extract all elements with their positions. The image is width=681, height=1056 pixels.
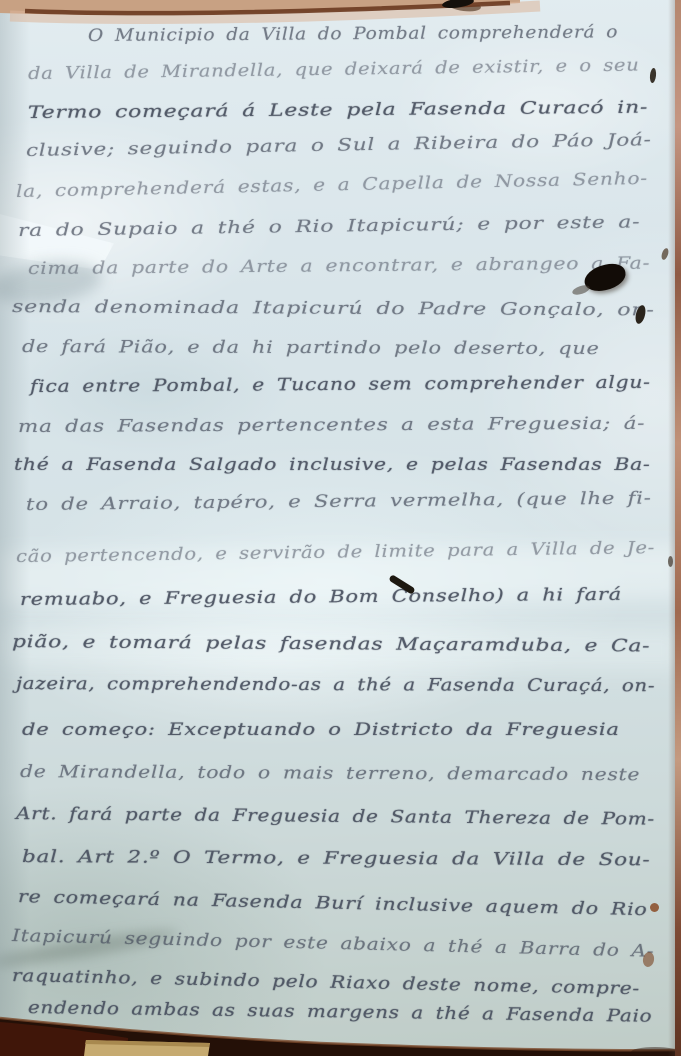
manuscript-page-photo: O Municipio da Villa do Pombal comprehen…: [0, 0, 681, 1056]
manuscript-line: to de Arraio, tapéro, e Serra vermelha, …: [26, 490, 652, 514]
torn-edge: [0, 996, 681, 1056]
manuscript-line: pião, e tomará pelas fasendas Maçaramdub…: [12, 634, 650, 655]
manuscript-line: ma das Fasendas pertencentes a esta Freg…: [18, 416, 645, 436]
manuscript-line: de Mirandella, todo o mais terreno, dema…: [20, 764, 640, 784]
manuscript-line: bal. Art 2.º O Termo, e Freguesia da Vil…: [22, 849, 651, 869]
manuscript-line: jazeira, comprehendendo-as a thé a Fasen…: [16, 676, 655, 695]
manuscript-line: cão pertencendo, e servirão de limite pa…: [16, 540, 655, 566]
manuscript-line: thé a Fasenda Salgado inclusive, e pelas…: [14, 457, 651, 474]
manuscript-line: ra do Supaio a thé o Rio Itapicurú; e po…: [18, 214, 641, 240]
handwriting-layer: O Municipio da Villa do Pombal comprehen…: [0, 0, 681, 1056]
manuscript-line: de fará Pião, e da hi partindo pelo dese…: [22, 339, 600, 358]
manuscript-line: la, comprehenderá estas, e a Capella de …: [16, 171, 648, 201]
manuscript-line: re começará na Fasenda Burí inclusive aq…: [18, 889, 648, 919]
binding-band: [0, 0, 681, 52]
manuscript-line: da Villa de Mirandella, que deixará de e…: [28, 57, 640, 83]
manuscript-line: remuabo, e Freguesia do Bom Conselho) a …: [20, 587, 622, 609]
manuscript-line: fica entre Pombal, e Tucano sem comprehe…: [30, 375, 651, 396]
manuscript-line: senda denominada Itapicurú do Padre Gonç…: [12, 299, 655, 319]
manuscript-line: raquatinho, e subindo pelo Riaxo deste n…: [12, 968, 640, 998]
manuscript-line: Termo começará á Leste pela Fasenda Cura…: [28, 100, 648, 122]
manuscript-line: cima da parte do Arte a encontrar, e abr…: [28, 256, 650, 278]
manuscript-line: de começo: Exceptuando o Districto da Fr…: [22, 722, 620, 739]
manuscript-line: Itapicurú seguindo por este abaixo a thé…: [12, 928, 655, 961]
manuscript-line: Art. fará parte da Freguesia de Santa Th…: [16, 806, 655, 829]
manuscript-line: clusive; seguindo para o Sul a Ribeira d…: [26, 132, 652, 160]
page-right-edge-shadow: [668, 0, 675, 1056]
page-right-edge: [675, 0, 681, 1056]
